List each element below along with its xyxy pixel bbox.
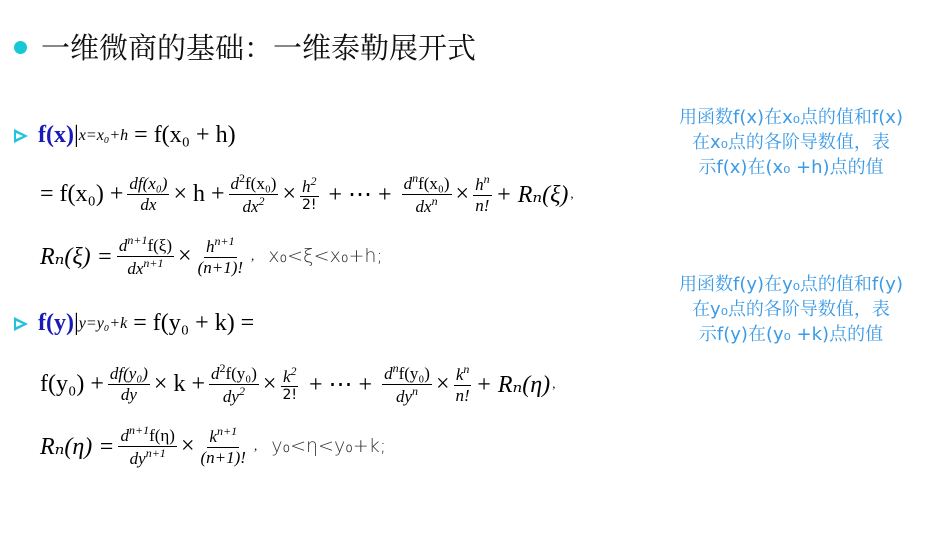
slide-title: 一维微商的基础：一维泰勒展开式 [14, 26, 476, 66]
nth-derivative-fraction: dnf(x₀) dxn [402, 172, 452, 216]
header-rhs-x: = f(x₀ + h) [134, 122, 235, 149]
taylor-y-expansion: f(y₀) + df(y₀) dy × k + d2f(y₀) dy2 × k2… [40, 362, 569, 406]
separator: , [254, 438, 257, 454]
remainder-mul: × [181, 433, 195, 460]
ellipsis: + ⋯ + [309, 370, 372, 399]
exponent: 2 [311, 174, 317, 188]
taylor-y-header: f(y) | y=y₀+k = f(y₀ + k) = [14, 310, 254, 337]
d-symbol: d [384, 364, 393, 383]
function-value: f(y₀) [225, 364, 256, 383]
exponent: n+1 [143, 256, 163, 270]
d-symbol: d [404, 174, 413, 193]
termn-mul: × [456, 181, 470, 208]
exponent: 2 [259, 194, 265, 208]
function-value: f(x₀) [245, 174, 276, 193]
second-derivative-fraction: d2f(x₀) dx2 [229, 172, 279, 216]
function-value: f(ξ) [147, 236, 172, 255]
ellipsis: + ⋯ + [329, 180, 392, 209]
dy-symbol: dy [223, 387, 239, 406]
factorial: (n+1)! [199, 448, 248, 468]
factorial: 2! [280, 387, 299, 403]
function-value: f(y₀) [399, 364, 430, 383]
note-y-line1: 用函数f(y)在y₀点的值和f(y) [656, 272, 926, 297]
expansion-lead: f(y₀) + [40, 371, 104, 398]
first-derivative-fraction: df(x₀) dx [127, 174, 169, 214]
h-symbol: h [302, 177, 311, 196]
exponent: n+1 [127, 233, 147, 247]
term1-mul: × h + [173, 181, 224, 208]
exponent: n+1 [146, 446, 166, 460]
dx-symbol: dx [242, 197, 258, 216]
termn-mul: × [436, 371, 450, 398]
h-n-fraction: hn n! [473, 173, 492, 215]
term2-mul: × [282, 181, 296, 208]
taylor-x-header: f(x) | x=x₀+h = f(x₀ + h) [14, 122, 236, 149]
exponent: n [463, 362, 469, 376]
d-symbol: d [231, 174, 240, 193]
xi-condition: x₀<ξ<x₀+h; [268, 245, 383, 267]
k-n-fraction: kn n! [454, 363, 472, 405]
separator: , [251, 248, 254, 264]
taylor-y-remainder: Rₙ(η) = dn+1f(η) dyn+1 × kn+1 (n+1)! , y… [40, 424, 386, 468]
note-y-line3: 示f(y)在(y₀ +k)点的值 [656, 322, 926, 347]
note-x: 用函数f(x)在x₀点的值和f(x) 在x₀点的各阶导数值，表 示f(x)在(x… [656, 105, 926, 180]
note-x-line3: 示f(x)在(x₀ +h)点的值 [656, 155, 926, 180]
exponent: 2 [290, 364, 296, 378]
factorial: n! [473, 196, 491, 216]
term1-mul: × k + [154, 371, 205, 398]
function-value: f(η) [149, 426, 175, 445]
fraction-denominator: dy [119, 385, 139, 405]
dy-symbol: dy [130, 449, 146, 468]
slide-title-text: 一维微商的基础：一维泰勒展开式 [41, 26, 476, 67]
note-x-line1: 用函数f(x)在x₀点的值和f(x) [656, 105, 926, 130]
exponent: n+1 [129, 423, 149, 437]
remainder-term: + Rₙ(ξ) [496, 180, 569, 209]
remainder-k-fraction: kn+1 (n+1)! [199, 425, 248, 467]
remainder-h-fraction: hn+1 (n+1)! [196, 235, 245, 277]
d-symbol: d [120, 426, 129, 445]
dx-symbol: dx [127, 259, 143, 278]
fraction-denominator: dx [138, 195, 158, 215]
line-end: , [570, 186, 573, 202]
k-symbol: k [209, 427, 217, 446]
factorial: n! [454, 386, 472, 406]
factorial: 2! [300, 197, 319, 213]
factorial: (n+1)! [196, 258, 245, 278]
second-derivative-fraction: d2f(y₀) dy2 [209, 362, 259, 406]
expansion-lead: = f(x₀) + [40, 181, 123, 208]
remainder-mul: × [178, 243, 192, 270]
exponent: n [484, 172, 490, 186]
remainder-lhs: Rₙ(η) = [40, 432, 114, 461]
h-squared-fraction: h2 2! [300, 175, 319, 214]
eval-point-y: y=y₀+k [79, 315, 127, 333]
function-value: f(x₀) [418, 174, 449, 193]
function-label-x: f(x) [38, 122, 74, 149]
note-y-line2: 在y₀点的各阶导数值，表 [656, 297, 926, 322]
h-symbol: h [475, 175, 484, 194]
remainder-lhs: Rₙ(ξ) = [40, 242, 113, 271]
exponent: n [432, 194, 438, 208]
fraction-numerator: df(x₀) [129, 174, 167, 193]
dy-symbol: dy [396, 387, 412, 406]
fraction-numerator: df(y₀) [110, 364, 148, 383]
nth-derivative-fraction: dnf(y₀) dyn [382, 362, 432, 406]
exponent: n+1 [214, 234, 234, 248]
function-label-y: f(y) [38, 310, 74, 337]
k-squared-fraction: k2 2! [280, 365, 299, 404]
exponent: n [412, 384, 418, 398]
bullet-dot-icon [14, 41, 27, 54]
header-rhs-y: = f(y₀ + k) = [133, 310, 254, 337]
exponent: 2 [239, 384, 245, 398]
taylor-x-remainder: Rₙ(ξ) = dn+1f(ξ) dxn+1 × hn+1 (n+1)! , x… [40, 234, 383, 278]
note-x-line2: 在x₀点的各阶导数值，表 [656, 130, 926, 155]
term2-mul: × [263, 371, 277, 398]
arrow-right-icon [14, 129, 28, 143]
eval-point-x: x=x₀+h [79, 127, 128, 145]
arrow-right-icon [14, 317, 28, 331]
remainder-derivative-fraction: dn+1f(η) dyn+1 [118, 424, 176, 468]
remainder-derivative-fraction: dn+1f(ξ) dxn+1 [117, 234, 174, 278]
note-y: 用函数f(y)在y₀点的值和f(y) 在y₀点的各阶导数值，表 示f(y)在(y… [656, 272, 926, 347]
exponent: n+1 [217, 424, 237, 438]
first-derivative-fraction: df(y₀) dy [108, 364, 150, 404]
dx-symbol: dx [416, 197, 432, 216]
eta-condition: y₀<η<y₀+k; [271, 435, 386, 457]
remainder-term: + Rₙ(η) [476, 370, 550, 399]
line-end: , [552, 376, 555, 392]
taylor-x-expansion: = f(x₀) + df(x₀) dx × h + d2f(x₀) dx2 × … [40, 172, 588, 216]
